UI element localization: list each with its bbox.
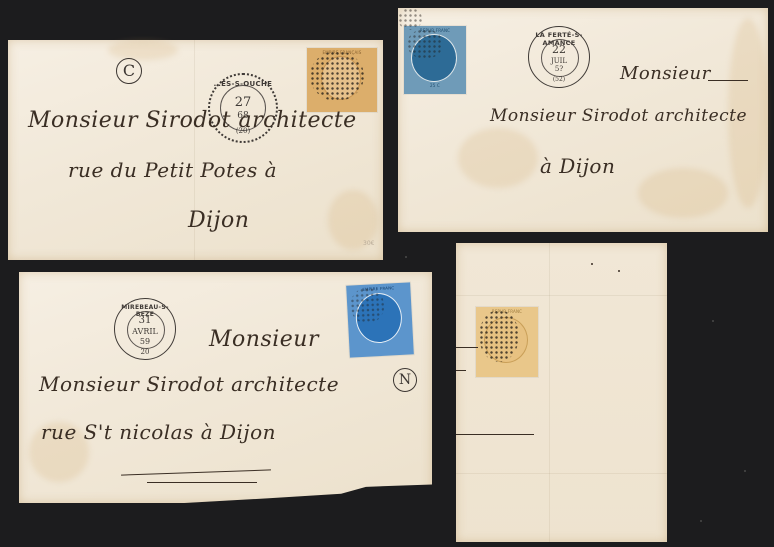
postmark-year: 59: [115, 337, 175, 346]
stamp-ceres-bistre: REPUB FRANC: [476, 307, 538, 377]
postmark-town: …ES-S-OUCHE: [210, 80, 276, 88]
address-line-3: à Dijon: [540, 154, 615, 178]
address-line-2: Monsieur Sirodot architecte: [490, 106, 747, 126]
postmark-dept: (52): [529, 76, 589, 83]
postmark-day: 31: [115, 315, 175, 326]
postmark-month: AVRIL: [115, 327, 175, 336]
postmark-top-right: LA FERTÉ-S-AMANCE 22 JUIL 5? (52): [528, 26, 590, 88]
address-line-2: rue du Petit Potes à: [68, 158, 277, 182]
address-line-3: rue S't nicolas à Dijon: [41, 420, 276, 444]
address-line-3: Dijon: [188, 208, 249, 233]
stamp-napoleon-blue: EMPIRE FRANC: [346, 282, 414, 357]
address-line-1: Monsieur: [620, 63, 711, 84]
address-line-1: Monsieur Sirodot architecte: [28, 108, 357, 133]
background-speck: [744, 470, 746, 472]
cover-top-right: REPUB FRANC 25 C LA FERTÉ-S-AMANCE 22 JU…: [398, 8, 768, 232]
handstamp-n: N: [393, 368, 417, 392]
postmark-year: 5?: [529, 65, 589, 73]
stamp-ceres-blue: REPUB FRANC 25 C: [404, 26, 466, 94]
postmark-dept: 20: [115, 348, 175, 356]
postmark-day: 22: [529, 43, 589, 56]
address-line-2: Monsieur Sirodot architecte: [39, 372, 339, 396]
cover-top-left: EMPIRE FRANÇAIS …ES-S-OUCHE 27 68 (20) C…: [8, 40, 383, 260]
handstamp-c: C: [116, 58, 142, 84]
background-speck: [700, 520, 702, 522]
pencil-price-note: 30€: [363, 240, 374, 247]
background-speck: [405, 256, 407, 258]
address-line-1: Monsieur: [209, 327, 319, 352]
background-speck: [712, 320, 714, 322]
cover-bottom-left: EMPIRE FRANC MIREBEAU-S-BEZE 31 AVRIL 59…: [19, 272, 432, 503]
postmark-month: JUIL: [529, 57, 589, 65]
postmark-bottom-left: MIREBEAU-S-BEZE 31 AVRIL 59 20: [114, 298, 176, 360]
cover-bottom-right: REPUB FRANC: [456, 243, 667, 542]
stamp-napoleon-laureate: EMPIRE FRANÇAIS: [307, 48, 377, 112]
